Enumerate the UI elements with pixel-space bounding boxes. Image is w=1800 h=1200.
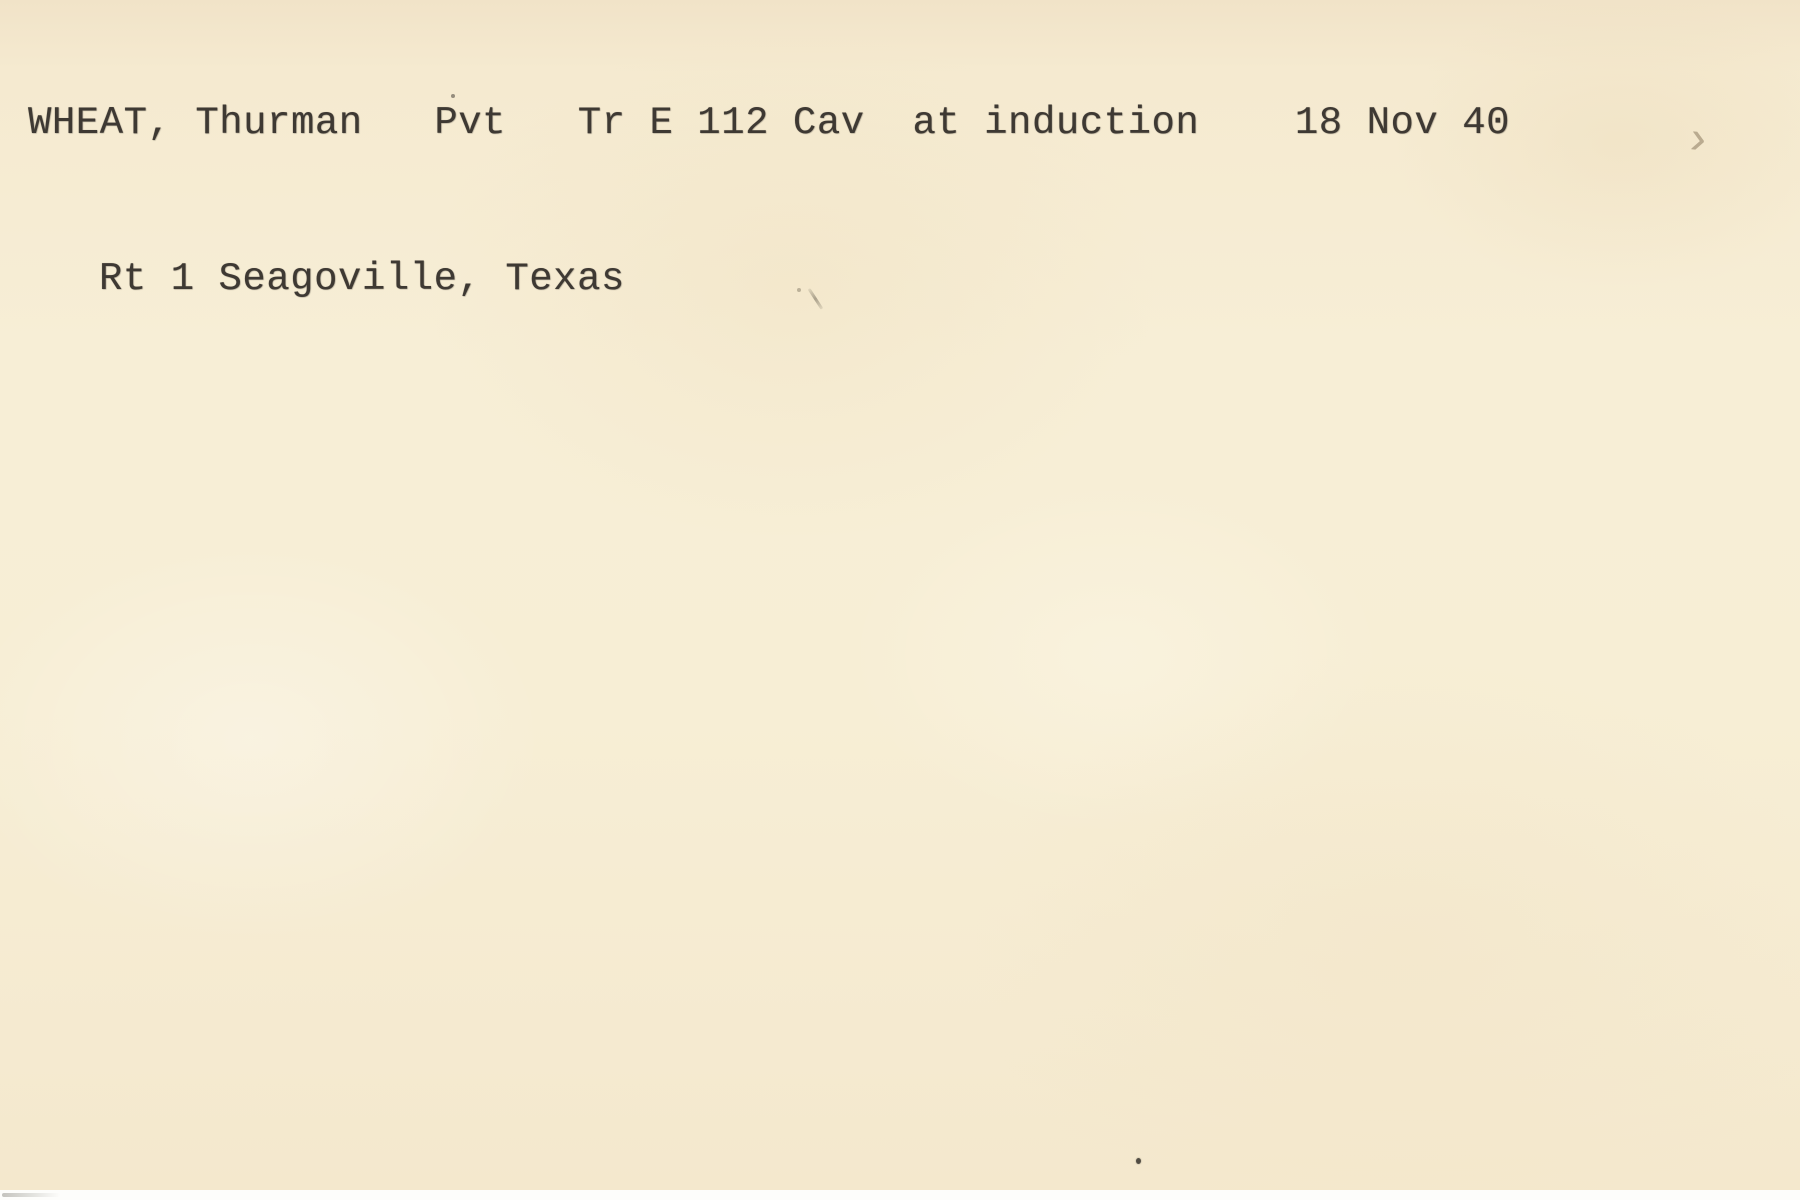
scanner-edge-strip	[0, 1190, 1800, 1200]
index-card-paper: WHEAT, Thurman Pvt Tr E 112 Cav at induc…	[0, 0, 1800, 1190]
typewritten-text-block: WHEAT, Thurman Pvt Tr E 112 Cav at induc…	[28, 0, 1510, 409]
card-line-2-address: Rt 1 Seagoville, Texas	[28, 253, 1510, 305]
scanned-index-card: WHEAT, Thurman Pvt Tr E 112 Cav at induc…	[0, 0, 1800, 1200]
edge-smudge-mark	[2, 1193, 60, 1197]
pencil-chevron-mark: ›	[1682, 117, 1714, 166]
paper-speck	[797, 288, 801, 292]
ink-speck-under-comma	[451, 94, 455, 98]
card-line-1-name-rank-unit-date: WHEAT, Thurman Pvt Tr E 112 Cav at induc…	[28, 97, 1510, 149]
ink-speck-bottom	[1136, 1158, 1141, 1164]
